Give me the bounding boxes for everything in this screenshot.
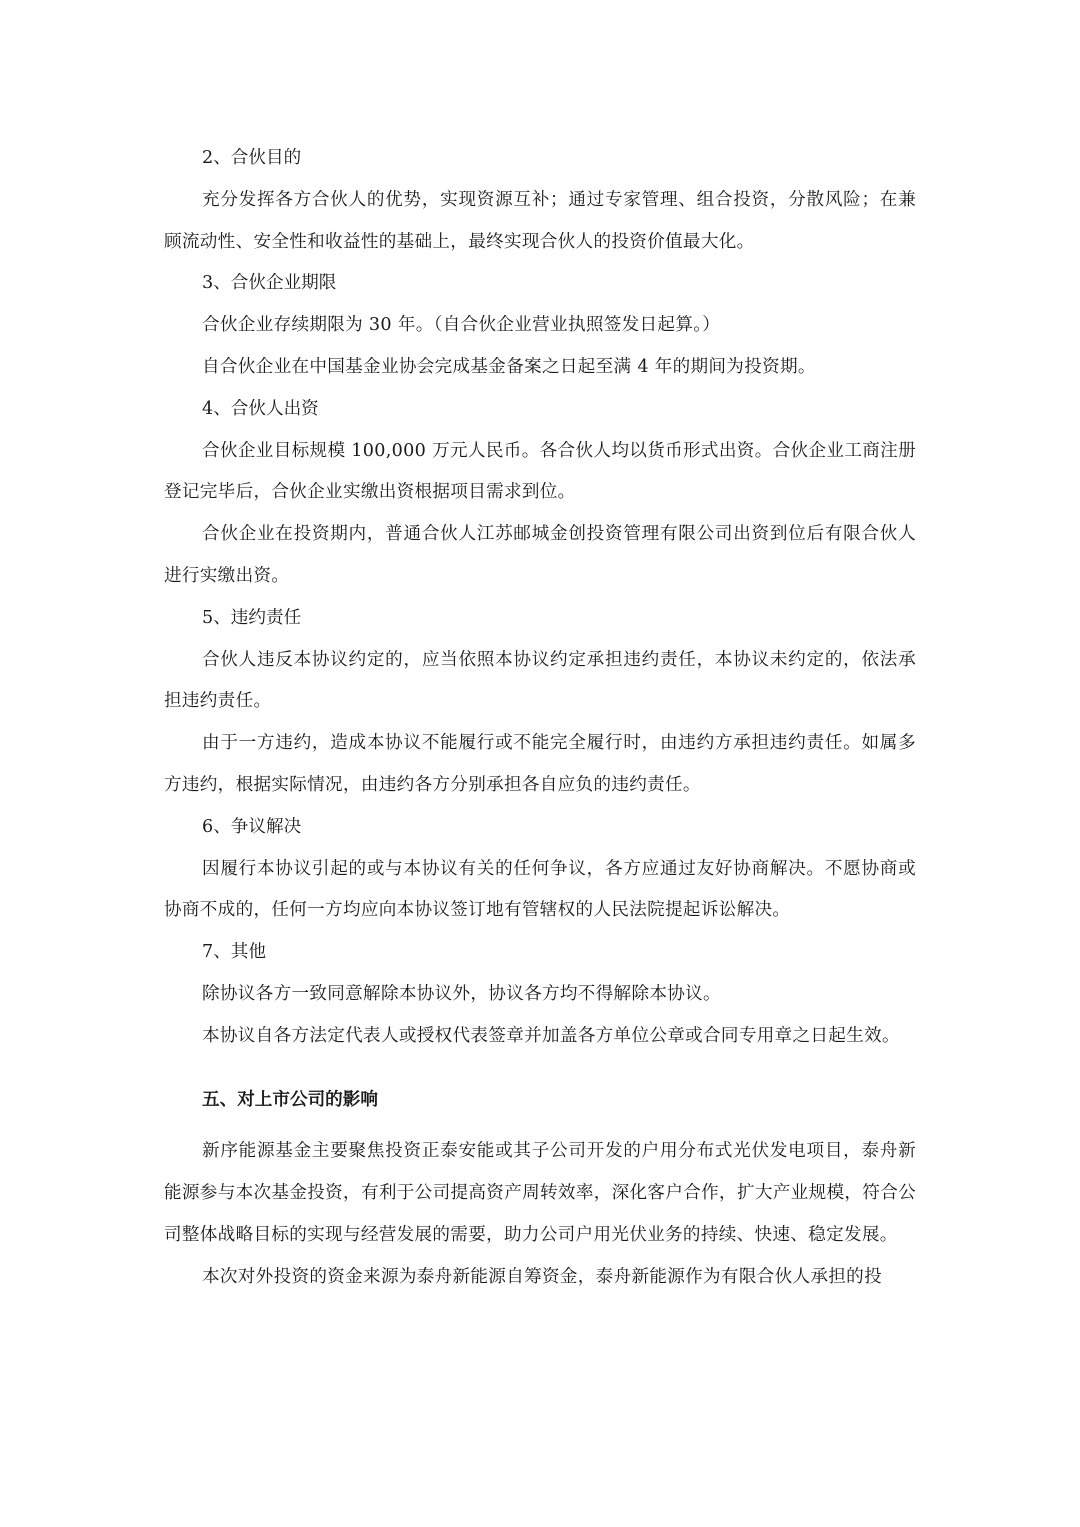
heading-dispute: 6、争议解决: [164, 807, 916, 849]
heading-other: 7、其他: [164, 932, 916, 974]
paragraph: 因履行本协议引起的或与本协议有关的任何争议，各方应通过友好协商解决。不愿协商或协…: [164, 849, 916, 933]
paragraph: 除协议各方一致同意解除本协议外，协议各方均不得解除本协议。: [164, 974, 916, 1016]
heading-term: 3、合伙企业期限: [164, 263, 916, 305]
paragraph: 新序能源基金主要聚焦投资正泰安能或其子公司开发的户用分布式光伏发电项目，泰舟新能…: [164, 1131, 916, 1256]
paragraph: 本次对外投资的资金来源为泰舟新能源自筹资金，泰舟新能源作为有限合伙人承担的投: [164, 1257, 916, 1299]
section-title-impact: 五、对上市公司的影响: [164, 1080, 916, 1122]
heading-liability: 5、违约责任: [164, 598, 916, 640]
paragraph: 充分发挥各方合伙人的优势，实现资源互补；通过专家管理、组合投资，分散风险；在兼顾…: [164, 180, 916, 264]
heading-purpose: 2、合伙目的: [164, 138, 916, 180]
paragraph: 合伙企业在投资期内，普通合伙人江苏邮城金创投资管理有限公司出资到位后有限合伙人进…: [164, 514, 916, 598]
heading-contribution: 4、合伙人出资: [164, 389, 916, 431]
paragraph: 合伙企业存续期限为 30 年。（自合伙企业营业执照签发日起算。）: [164, 305, 916, 347]
paragraph: 合伙人违反本协议约定的，应当依照本协议约定承担违约责任，本协议未约定的，依法承担…: [164, 640, 916, 724]
paragraph: 合伙企业目标规模 100,000 万元人民币。各合伙人均以货币形式出资。合伙企业…: [164, 431, 916, 515]
document-page: 2、合伙目的 充分发挥各方合伙人的优势，实现资源互补；通过专家管理、组合投资，分…: [164, 138, 916, 1299]
paragraph: 本协议自各方法定代表人或授权代表签章并加盖各方单位公章或合同专用章之日起生效。: [164, 1016, 916, 1058]
paragraph: 自合伙企业在中国基金业协会完成基金备案之日起至满 4 年的期间为投资期。: [164, 347, 916, 389]
paragraph: 由于一方违约，造成本协议不能履行或不能完全履行时，由违约方承担违约责任。如属多方…: [164, 723, 916, 807]
